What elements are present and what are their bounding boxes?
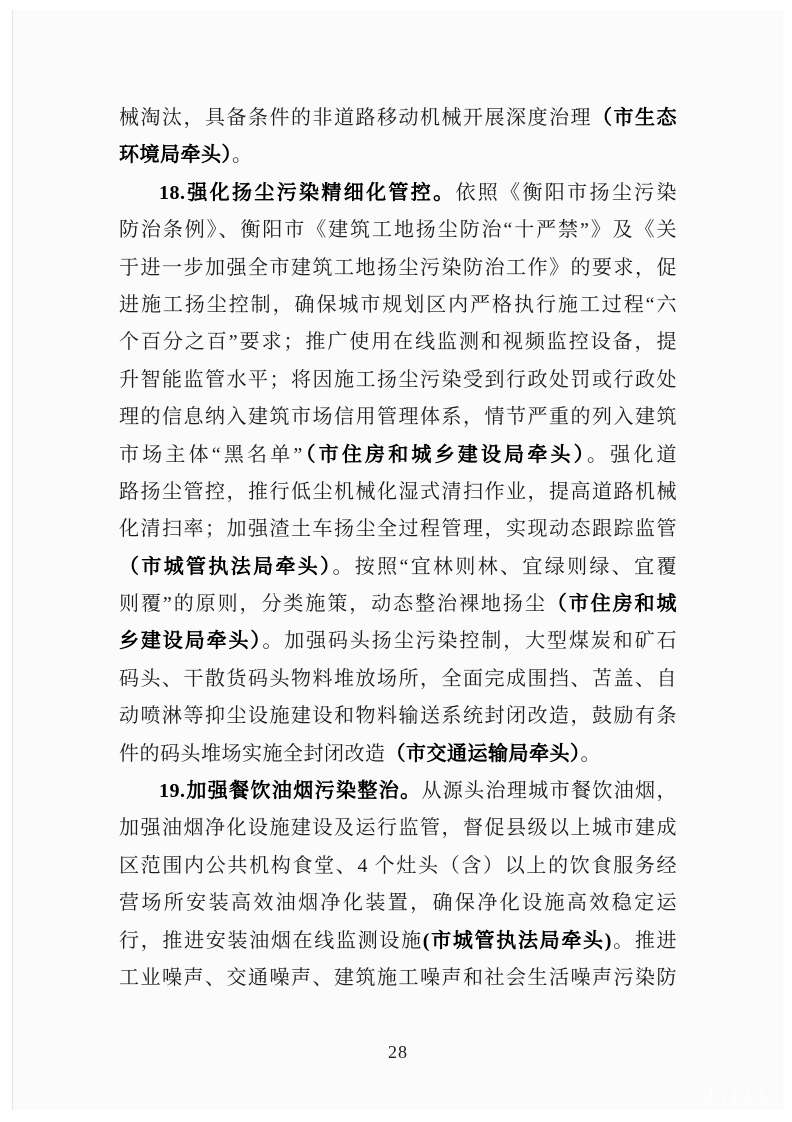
body-text-segment: 。: [581, 743, 602, 765]
text-line: 则覆”的原则，分类施策，动态整治裸地扬尘（市住房和城: [119, 586, 677, 623]
body-text-segment: 于进一步加强全市建筑工地扬尘污染防治工作》的要求，促: [119, 257, 677, 279]
text-line: 18.强化扬尘污染精细化管控。依照《衡阳市扬尘污染: [119, 175, 677, 212]
body-text-segment: 。加强码头扬尘污染控制，大型煤炭和矿石: [262, 630, 677, 652]
bold-text-segment: （市住房和城: [547, 593, 677, 615]
text-line: 理的信息纳入建筑市场信用管理体系，情节严重的列入建筑: [119, 399, 677, 436]
text-line: 营场所安装高效油烟净化装置，确保净化设施高效稳定运: [119, 885, 677, 922]
body-text-segment: 。强化道: [587, 444, 677, 466]
body-text-segment: 区范围内公共机构食堂、4 个灶头（含）以上的饮食服务经: [119, 855, 677, 877]
text-line: 环境局牵头）。: [119, 137, 677, 174]
body-text-segment: 。: [232, 144, 253, 166]
body-text-segment: 加强油烟净化设施建设及运行监管，督促县级以上城市建成: [119, 817, 677, 839]
body-text-segment: 进施工扬尘控制，确保城市规划区内严格执行施工过程“六: [119, 294, 677, 316]
text-line: 加强油烟净化设施建设及运行监管，督促县级以上城市建成: [119, 810, 677, 847]
text-line: 19.加强餐饮油烟污染整治。从源头治理城市餐饮油烟，: [119, 773, 677, 810]
body-text-segment: 依照《衡阳市扬尘污染: [455, 182, 677, 204]
bold-text-segment: 环境局牵头）: [119, 144, 232, 166]
text-line: 化清扫率；加强渣土车扬尘全过程管理，实现动态跟踪监管: [119, 511, 677, 548]
body-text-segment: 则覆”的原则，分类施策，动态整治裸地扬尘: [119, 593, 547, 615]
bold-text-segment: （市交通运输局牵头）: [386, 743, 581, 765]
text-line: 乡建设局牵头）。加强码头扬尘污染控制，大型煤炭和矿石: [119, 623, 677, 660]
text-line: 升智能监管水平；将因施工扬尘污染受到行政处罚或行政处: [119, 362, 677, 399]
body-text-segment: 码头、干散货码头物料堆放场所，全面完成围挡、苫盖、自: [119, 668, 677, 690]
bold-text-segment: 乡建设局牵头）: [119, 630, 262, 652]
body-text-segment: 理的信息纳入建筑市场信用管理体系，情节严重的列入建筑: [119, 406, 677, 428]
text-line: 件的码头堆场实施全封闭改造（市交通运输局牵头）。: [119, 736, 677, 773]
body-text-segment: 升智能监管水平；将因施工扬尘污染受到行政处罚或行政处: [119, 369, 677, 391]
scanned-page-canvas: 械淘汰，具备条件的非道路移动机械开展深度治理（市生态环境局牵头）。18.强化扬尘…: [0, 0, 792, 1122]
text-line: 行，推进安装油烟在线监测设施(市城管执法局牵头)。推进: [119, 923, 677, 960]
bold-text-segment: （市住房和城乡建设局牵头）: [303, 444, 587, 466]
body-text-segment: 工业噪声、交通噪声、建筑施工噪声和社会生活噪声污染防: [119, 967, 677, 989]
text-line: 动喷淋等抑尘设施建设和物料输送系统封闭改造，鼓励有条: [119, 698, 677, 735]
text-line: 防治条例》、衡阳市《建筑工地扬尘防治“十严禁”》及《关: [119, 212, 677, 249]
body-text-segment: 件的码头堆场实施全封闭改造: [119, 743, 386, 765]
bold-text-segment: 19.加强餐饮油烟污染整治。: [159, 780, 421, 802]
body-text-segment: 械淘汰，具备条件的非道路移动机械开展深度治理: [119, 107, 592, 129]
bold-text-segment: （市生态: [592, 107, 677, 129]
body-text-segment: 化清扫率；加强渣土车扬尘全过程管理，实现动态跟踪监管: [119, 518, 677, 540]
body-text-segment: 行，推进安装油烟在线监测设施: [119, 930, 423, 952]
text-line: 区范围内公共机构食堂、4 个灶头（含）以上的饮食服务经: [119, 848, 677, 885]
bold-text-segment: (市城管执法局牵头): [423, 930, 612, 952]
body-text-segment: 。推进: [612, 930, 677, 952]
page-number: 28: [13, 1042, 783, 1063]
bold-text-segment: 18.强化扬尘污染精细化管控。: [159, 182, 455, 204]
body-text: 械淘汰，具备条件的非道路移动机械开展深度治理（市生态环境局牵头）。18.强化扬尘…: [119, 100, 677, 997]
body-text-segment: 营场所安装高效油烟净化装置，确保净化设施高效稳定运: [119, 892, 677, 914]
watermark: dniii.co: [701, 1083, 783, 1107]
bold-text-segment: （市城管执法局牵头）: [119, 556, 332, 578]
text-line: 工业噪声、交通噪声、建筑施工噪声和社会生活噪声污染防: [119, 960, 677, 997]
text-line: 于进一步加强全市建筑工地扬尘污染防治工作》的要求，促: [119, 250, 677, 287]
body-text-segment: 动喷淋等抑尘设施建设和物料输送系统封闭改造，鼓励有条: [119, 705, 677, 727]
text-line: 码头、干散货码头物料堆放场所，全面完成围挡、苫盖、自: [119, 661, 677, 698]
body-text-segment: 路扬尘管控，推行低尘机械化湿式清扫作业，提高道路机械: [119, 481, 677, 503]
text-line: 市场主体“黑名单”（市住房和城乡建设局牵头）。强化道: [119, 437, 677, 474]
body-text-segment: 个百分之百”要求；推广使用在线监测和视频监控设备，提: [119, 331, 677, 353]
body-text-segment: 防治条例》、衡阳市《建筑工地扬尘防治“十严禁”》及《关: [119, 219, 677, 241]
document-page: 械淘汰，具备条件的非道路移动机械开展深度治理（市生态环境局牵头）。18.强化扬尘…: [12, 10, 783, 1110]
body-text-segment: 市场主体“黑名单”: [119, 444, 303, 466]
body-text-segment: 从源头治理城市餐饮油烟，: [421, 780, 677, 802]
text-line: 进施工扬尘控制，确保城市规划区内严格执行施工过程“六: [119, 287, 677, 324]
text-line: 个百分之百”要求；推广使用在线监测和视频监控设备，提: [119, 324, 677, 361]
text-line: （市城管执法局牵头）。按照“宜林则林、宜绿则绿、宜覆: [119, 549, 677, 586]
text-line: 械淘汰，具备条件的非道路移动机械开展深度治理（市生态: [119, 100, 677, 137]
text-line: 路扬尘管控，推行低尘机械化湿式清扫作业，提高道路机械: [119, 474, 677, 511]
body-text-segment: 。按照“宜林则林、宜绿则绿、宜覆: [332, 556, 677, 578]
